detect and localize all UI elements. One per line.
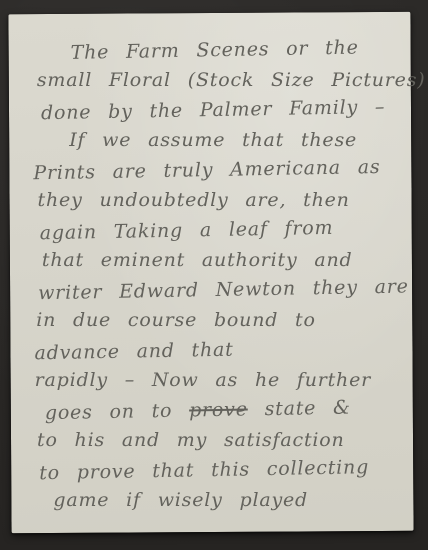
- handwriting-line: rapidly – Now as he further: [35, 365, 397, 395]
- line-text: in due course bound to: [36, 309, 315, 331]
- handwriting-line: done by the Palmer Family –: [41, 92, 395, 128]
- line-text: The Farm Scenes or the: [70, 37, 358, 64]
- line-text: advance and that: [34, 339, 233, 365]
- line-text: game if wisely played: [53, 489, 308, 511]
- handwriting-line-with-strikeout: goes on to prove state &: [45, 392, 397, 428]
- line-text: they undoubtedly are, then: [38, 189, 350, 211]
- line-text: Prints are truly Americana as: [33, 156, 380, 184]
- line-text: that eminent authority and: [42, 249, 353, 271]
- line-text: writer Edward Newton they are: [38, 275, 409, 304]
- handwriting-line: small Floral (Stock Size Pictures): [37, 65, 395, 95]
- handwriting-line: advance and that: [34, 332, 396, 369]
- line-text: goes on to: [45, 400, 190, 425]
- line-text: to his and my satisfaction: [37, 429, 345, 451]
- line-text: rapidly – Now as he further: [35, 369, 371, 391]
- struck-out-word: prove: [189, 398, 248, 421]
- letter-page: The Farm Scenes or the small Floral (Sto…: [8, 12, 413, 533]
- line-text: small Floral (Stock Size Pictures): [37, 69, 426, 91]
- line-text: state &: [248, 397, 351, 421]
- handwriting-line: If we assume that these: [69, 125, 395, 155]
- handwriting-line: in due course bound to: [36, 305, 396, 335]
- line-text: If we assume that these: [69, 129, 357, 151]
- handwriting-line: The Farm Scenes or the: [70, 32, 394, 68]
- line-text: to prove that this collecting: [39, 456, 369, 484]
- line-text: done by the Palmer Family –: [41, 96, 386, 124]
- handwritten-text-block: The Farm Scenes or the small Floral (Sto…: [25, 34, 398, 516]
- line-text: again Taking a leaf from: [40, 217, 334, 244]
- handwriting-line: that eminent authority and: [42, 245, 396, 275]
- handwriting-line: they undoubtedly are, then: [38, 185, 396, 215]
- handwriting-line: game if wisely played: [53, 485, 397, 515]
- handwriting-line: to prove that this collecting: [39, 452, 397, 489]
- handwriting-line: Prints are truly Americana as: [33, 152, 395, 189]
- handwriting-line: writer Edward Newton they are: [38, 272, 396, 309]
- handwriting-line: to his and my satisfaction: [37, 425, 397, 455]
- handwriting-line: again Taking a leaf from: [39, 212, 395, 249]
